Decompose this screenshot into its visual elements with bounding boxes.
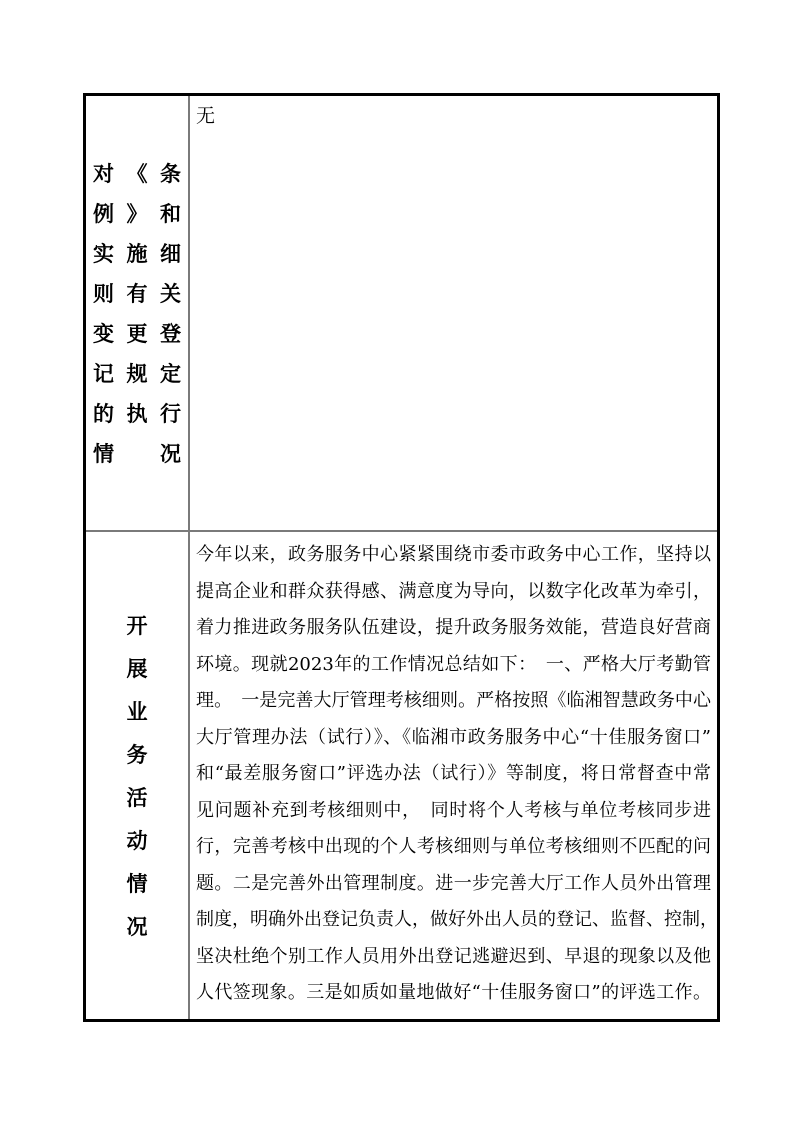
label-line: 务 [127,733,148,776]
paragraph-line: 题。二是完善外出管理制度。进一步完善大厅工作人员外出管理 [196,866,711,903]
document-page: 对《条例》和实施细则有关变更登记规定的执行情况 无 开展业务活动情况 今年以来，… [0,0,794,1122]
label-char: 变 [93,323,114,344]
label-cell-business-activities: 开展业务活动情况 [86,532,190,1019]
label-line: 例》和 [93,193,181,233]
label-char: 有 [127,283,148,304]
paragraph-line: 制度，明确外出登记负责人，做好外出人员的登记、监督、控制， [196,902,711,939]
vertical-label-regulation-execution: 对《条例》和实施细则有关变更登记规定的执行情况 [93,153,181,473]
label-char: 实 [93,243,114,264]
vertical-label-business-activities: 开展业务活动情况 [127,604,148,948]
label-char: 行 [160,403,181,424]
label-char: 施 [127,243,148,264]
paragraph-line: 见问题补充到考核细则中， 同时将个人考核与单位考核同步进 [196,793,711,830]
content-cell-regulation-execution: 无 [190,96,717,532]
label-char: 和 [160,203,181,224]
paragraph-line: 大厅管理办法（试行）》、《临湘市政务服务中心“十佳服务窗口” [196,720,711,757]
label-char: 细 [160,243,181,264]
label-line: 变更登 [93,313,181,353]
label-line: 记规定 [93,353,181,393]
label-line: 开 [127,604,148,647]
paragraph-line: 环境。现就2023年的工作情况总结如下： 一、严格大厅考勤管 [196,647,711,684]
label-char: 记 [93,363,114,384]
label-char: 的 [93,403,114,424]
paragraph-line: 和“最差服务窗口”评选办法（试行）》等制度，将日常督查中常 [196,756,711,793]
label-line: 业 [127,690,148,733]
label-line: 则有关 [93,273,181,313]
label-char: 定 [160,363,181,384]
paragraph-line: 提高企业和群众获得感、满意度为导向，以数字化改革为牵引， [196,574,711,611]
annual-report-form-table: 对《条例》和实施细则有关变更登记规定的执行情况 无 开展业务活动情况 今年以来，… [83,93,720,1022]
paragraph-line: 行，完善考核中出现的个人考核细则与单位考核细则不匹配的问 [196,829,711,866]
label-char: 规 [127,363,148,384]
paragraph-line: 坚决杜绝个别工作人员用外出登记逃避迟到、早退的现象以及他 [196,939,711,976]
regulation-execution-content: 无 [196,105,215,127]
label-char: 》 [127,203,148,224]
label-cell-regulation-execution: 对《条例》和实施细则有关变更登记规定的执行情况 [86,96,190,532]
label-char: 情 [93,443,114,464]
label-char: 条 [160,163,181,184]
label-line: 况 [127,905,148,948]
label-char: 登 [160,323,181,344]
label-char: 则 [93,283,114,304]
content-cell-business-activities: 今年以来，政务服务中心紧紧围绕市委市政务中心工作，坚持以提高企业和群众获得感、满… [190,532,717,1019]
label-char: 关 [160,283,181,304]
paragraph-line: 今年以来，政务服务中心紧紧围绕市委市政务中心工作，坚持以 [196,537,711,574]
label-char: 更 [127,323,148,344]
label-line: 实施细 [93,233,181,273]
paragraph-line: 人代签现象。三是如质如量地做好“十佳服务窗口”的评选工作。 [196,975,711,1012]
label-line: 情况 [93,433,181,473]
label-line: 动 [127,819,148,862]
label-line: 的执行 [93,393,181,433]
label-line: 展 [127,647,148,690]
label-char: 执 [127,403,148,424]
label-line: 情 [127,862,148,905]
label-char: 例 [93,203,114,224]
paragraph-line: 理。 一是完善大厅管理考核细则。严格按照《临湘智慧政务中心 [196,683,711,720]
label-line: 活 [127,776,148,819]
paragraph-line: 着力推进政务服务队伍建设，提升政务服务效能，营造良好营商 [196,610,711,647]
label-char: 对 [93,163,114,184]
label-char: 《 [127,163,148,184]
label-line: 对《条 [93,153,181,193]
label-char: 况 [160,443,181,464]
business-activities-paragraph: 今年以来，政务服务中心紧紧围绕市委市政务中心工作，坚持以提高企业和群众获得感、满… [196,537,711,1012]
